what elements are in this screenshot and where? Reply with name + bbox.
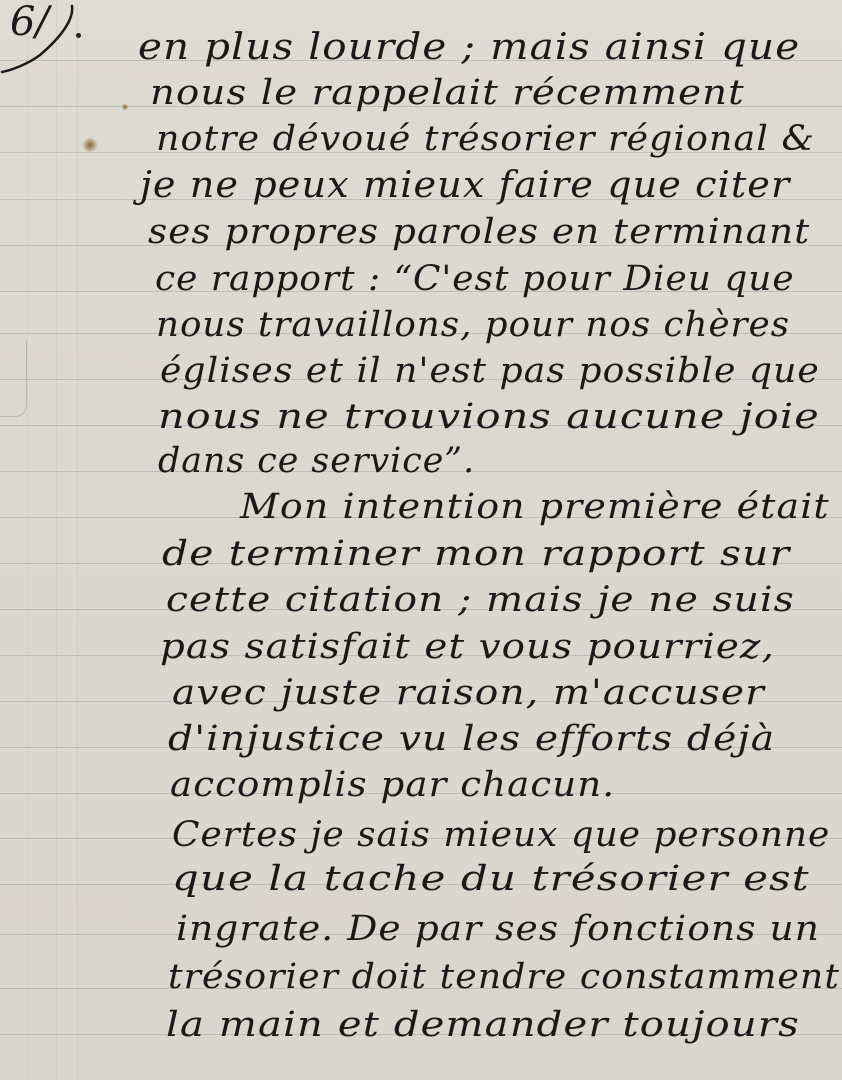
text-line: de terminer mon rapport sur bbox=[162, 537, 790, 572]
text-line: ce rapport : “C'est pour Dieu que bbox=[155, 262, 795, 297]
text-line: trésorier doit tendre constamment bbox=[168, 960, 840, 995]
text-line: églises et il n'est pas possible que bbox=[160, 354, 820, 389]
manuscript-page: 6/ en plus lourde ; mais ainsi que nous … bbox=[0, 0, 842, 1080]
text-line: ingrate. De par ses fonctions un bbox=[176, 912, 820, 947]
text-line: que la tache du trésorier est bbox=[172, 862, 810, 897]
pencil-margin-mark bbox=[0, 340, 27, 417]
margin-rule bbox=[77, 0, 78, 1080]
text-line: avec juste raison, m'accuser bbox=[172, 676, 765, 711]
text-line: Mon intention première était bbox=[240, 490, 830, 525]
margin-rule bbox=[27, 0, 28, 1080]
text-line: Certes je sais mieux que personne bbox=[172, 818, 830, 853]
text-line: nous ne trouvions aucune joie bbox=[158, 400, 820, 435]
ink-speck bbox=[122, 103, 128, 111]
text-line: notre dévoué trésorier régional & bbox=[156, 122, 815, 157]
text-line: dans ce service”. bbox=[158, 444, 475, 479]
text-line: ses propres paroles en terminant bbox=[148, 215, 810, 250]
text-line: je ne peux mieux faire que citer bbox=[140, 168, 790, 204]
text-line: nous le rappelait récemment bbox=[150, 76, 745, 111]
ink-stain bbox=[82, 138, 98, 152]
text-line: la main et demander toujours bbox=[166, 1008, 800, 1043]
text-line: pas satisfait et vous pourriez, bbox=[160, 630, 775, 665]
margin-rule bbox=[56, 0, 57, 1080]
text-line: nous travaillons, pour nos chères bbox=[156, 308, 790, 343]
page-number-flourish bbox=[0, 0, 80, 80]
page-number-dot bbox=[76, 33, 81, 38]
text-line: d'injustice vu les efforts déjà bbox=[168, 722, 775, 757]
text-line: accomplis par chacun. bbox=[170, 768, 615, 803]
text-line: en plus lourde ; mais ainsi que bbox=[138, 30, 800, 66]
text-line: cette citation ; mais je ne suis bbox=[166, 583, 795, 618]
